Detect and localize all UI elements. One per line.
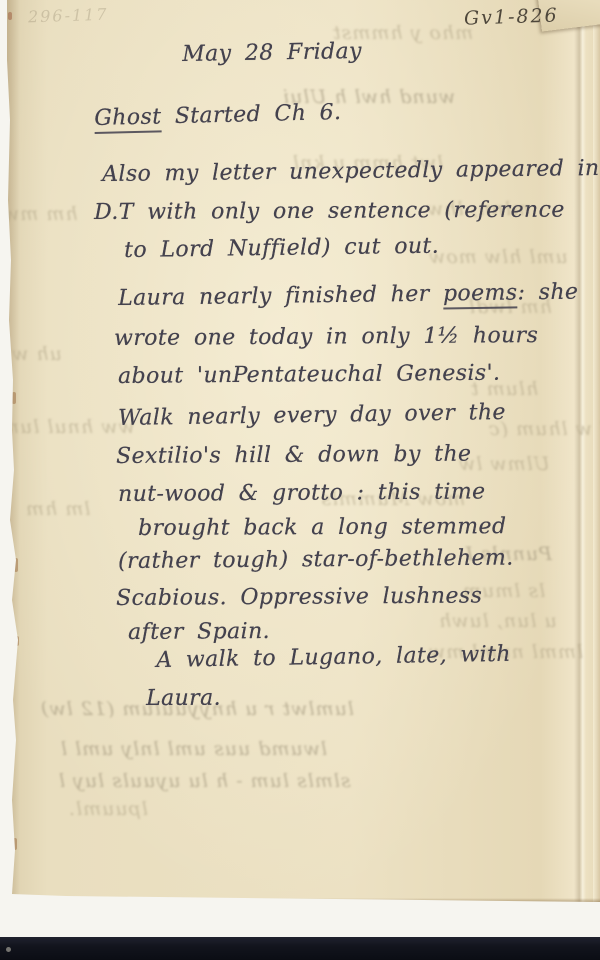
manuscript-line: (rather tough) star-of-bethlehem.: [118, 546, 514, 574]
tear-mark: [14, 558, 18, 572]
manuscript-line: Laura nearly finished her poems: she: [118, 280, 579, 311]
bleedthrough-line: lwumd uus uml lnly uml l: [60, 738, 327, 760]
bleedthrough-line: u lun, luwh: [438, 610, 557, 632]
manuscript-line: Scabious. Oppressive lushness: [116, 583, 482, 611]
catalog-mark-top-right: Gv1-826: [464, 4, 559, 29]
bleedthrough-line: lm hm: [25, 498, 90, 520]
dust-speck: [6, 947, 11, 952]
line-post: : she: [517, 280, 578, 306]
bleedthrough-line: lpuuml.: [68, 798, 148, 820]
manuscript-line: nut-wood & grotto : this time: [118, 479, 486, 507]
scan-bottom-bar: [0, 937, 600, 960]
scanned-diary-page: mho y hmmst wund hwl h Ului lwt hmm u kn…: [0, 0, 600, 960]
manuscript-line: Laura.: [146, 686, 221, 711]
bleedthrough-line: hm mw: [2, 203, 78, 225]
tear-mark: [13, 838, 17, 850]
torn-edge-shading: [6, 0, 20, 902]
manuscript-line: Also my letter unexpectedly appeared in: [102, 156, 600, 187]
manuscript-sheet: mho y hmmst wund hwl h Ului lwt hmm u kn…: [6, 0, 600, 902]
date-heading: May 28 Friday: [182, 39, 362, 67]
manuscript-line: after Spain.: [128, 619, 270, 645]
bleedthrough-line: uh wl: [4, 343, 62, 365]
title-rest: Started Ch 6.: [161, 100, 342, 129]
bleedthrough-line: ww hnul lum: [0, 416, 135, 438]
manuscript-line: brought back a long stemmed: [138, 514, 506, 541]
underlined-word: Ghost: [94, 104, 162, 134]
manuscript-line: Sextilio's hill & down by the: [116, 442, 471, 469]
paper-stain: [8, 12, 12, 20]
entry-title-line: Ghost Started Ch 6.: [94, 100, 342, 131]
page-crease: [574, 0, 586, 902]
underlined-word: poems: [443, 280, 518, 309]
manuscript-line: A walk to Lugano, late, with: [156, 642, 511, 673]
manuscript-line: D.T with only one sentence (reference: [94, 198, 565, 225]
bleedthrough-line: Ulmw lw: [458, 453, 550, 475]
manuscript-line: about 'unPentateuchal Genesis'.: [118, 361, 501, 389]
bleedthrough-line: uml hlw mow: [428, 246, 568, 268]
manuscript-line: wrote one today in only 1½ hours: [114, 323, 538, 351]
archive-number-top-left: 296-117: [28, 5, 109, 27]
manuscript-line: Walk nearly every day over the: [118, 400, 506, 431]
line-pre: Laura nearly finished her: [118, 281, 443, 311]
bleedthrough-line: slmls lum - h lu uyuuls luy l: [58, 770, 351, 792]
page-right-edge: [593, 0, 600, 902]
tear-mark: [15, 636, 19, 646]
tear-mark: [12, 392, 16, 404]
manuscript-line: to Lord Nuffield) cut out.: [124, 234, 439, 263]
